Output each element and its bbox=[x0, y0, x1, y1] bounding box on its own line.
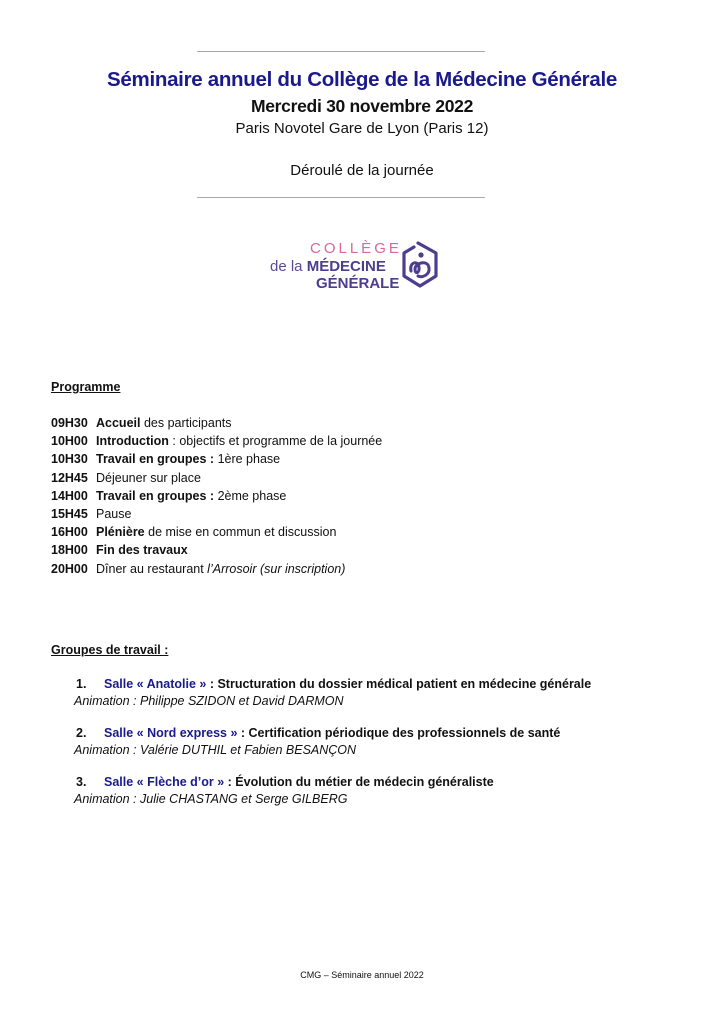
logo-line-3: GÉNÉRALE bbox=[316, 275, 399, 292]
page-footer: CMG – Séminaire annuel 2022 bbox=[0, 970, 724, 980]
item-text: : objectifs et programme de la journée bbox=[169, 434, 382, 448]
item-time: 09H30 bbox=[51, 414, 96, 432]
document-subtitle: Déroulé de la journée bbox=[0, 162, 724, 179]
item-text: des participants bbox=[140, 416, 231, 430]
item-bold: Accueil bbox=[96, 416, 140, 430]
group-animation: Animation : Julie CHASTANG et Serge GILB… bbox=[74, 791, 591, 807]
item-bold: Plénière bbox=[96, 525, 145, 539]
programme-item: 10H00Introduction : objectifs et program… bbox=[51, 432, 382, 450]
programme-item: 12H45Déjeuner sur place bbox=[51, 469, 382, 487]
item-text: 2ème phase bbox=[214, 489, 286, 503]
item-bold: Travail en groupes : bbox=[96, 489, 214, 503]
group-item: 1.Salle « Anatolie » : Structuration du … bbox=[74, 675, 591, 709]
item-time: 16H00 bbox=[51, 523, 96, 541]
bottom-divider bbox=[197, 197, 485, 198]
item-text: de mise en commun et discussion bbox=[145, 525, 337, 539]
group-topic: : Évolution du métier de médecin général… bbox=[224, 775, 494, 789]
programme-heading: Programme bbox=[51, 380, 120, 394]
event-venue: Paris Novotel Gare de Lyon (Paris 12) bbox=[0, 120, 724, 137]
item-italic: l’Arrosoir (sur inscription) bbox=[207, 562, 345, 576]
group-room: Salle « Nord express » bbox=[104, 726, 237, 740]
group-number: 2. bbox=[76, 724, 104, 742]
group-number: 1. bbox=[76, 675, 104, 693]
group-item: 2.Salle « Nord express » : Certification… bbox=[74, 724, 591, 758]
item-text: Pause bbox=[96, 507, 131, 521]
group-animation: Animation : Philippe SZIDON et David DAR… bbox=[74, 693, 591, 709]
item-time: 14H00 bbox=[51, 487, 96, 505]
event-date: Mercredi 30 novembre 2022 bbox=[0, 96, 724, 117]
programme-item: 20H00Dîner au restaurant l’Arrosoir (sur… bbox=[51, 560, 382, 578]
cmg-logo: COLLÈGE de la MÉDECINE GÉNÉRALE bbox=[266, 238, 446, 296]
programme-list: 09H30Accueil des participants 10H00Intro… bbox=[51, 414, 382, 578]
top-divider bbox=[197, 51, 485, 52]
logo-line-2-prefix: de la bbox=[270, 258, 303, 275]
item-time: 10H00 bbox=[51, 432, 96, 450]
programme-item: 16H00Plénière de mise en commun et discu… bbox=[51, 523, 382, 541]
group-room: Salle « Anatolie » bbox=[104, 677, 206, 691]
programme-item: 09H30Accueil des participants bbox=[51, 414, 382, 432]
item-bold: Fin des travaux bbox=[96, 543, 188, 557]
item-time: 12H45 bbox=[51, 469, 96, 487]
item-time: 20H00 bbox=[51, 560, 96, 578]
programme-item: 15H45Pause bbox=[51, 505, 382, 523]
logo-line-2: de la MÉDECINE bbox=[270, 258, 386, 275]
groups-list: 1.Salle « Anatolie » : Structuration du … bbox=[74, 675, 591, 822]
groups-heading: Groupes de travail : bbox=[51, 643, 168, 657]
group-topic: : Certification périodique des professio… bbox=[237, 726, 560, 740]
logo-line-1: COLLÈGE bbox=[310, 240, 402, 257]
item-text: Déjeuner sur place bbox=[96, 471, 201, 485]
programme-item: 18H00Fin des travaux bbox=[51, 541, 382, 559]
item-time: 15H45 bbox=[51, 505, 96, 523]
item-bold: Introduction bbox=[96, 434, 169, 448]
hexagon-heart-person-icon bbox=[398, 238, 442, 294]
group-animation: Animation : Valérie DUTHIL et Fabien BES… bbox=[74, 742, 591, 758]
group-number: 3. bbox=[76, 773, 104, 791]
group-item: 3.Salle « Flèche d’or » : Évolution du m… bbox=[74, 773, 591, 807]
logo-line-2-bold: MÉDECINE bbox=[307, 258, 386, 275]
item-bold: Travail en groupes : bbox=[96, 452, 214, 466]
programme-item: 10H30Travail en groupes : 1ère phase bbox=[51, 450, 382, 468]
group-topic: : Structuration du dossier médical patie… bbox=[206, 677, 591, 691]
item-time: 10H30 bbox=[51, 450, 96, 468]
item-time: 18H00 bbox=[51, 541, 96, 559]
document-title: Séminaire annuel du Collège de la Médeci… bbox=[0, 68, 724, 92]
programme-item: 14H00Travail en groupes : 2ème phase bbox=[51, 487, 382, 505]
group-room: Salle « Flèche d’or » bbox=[104, 775, 224, 789]
item-text: Dîner au restaurant bbox=[96, 562, 207, 576]
item-text: 1ère phase bbox=[214, 452, 280, 466]
